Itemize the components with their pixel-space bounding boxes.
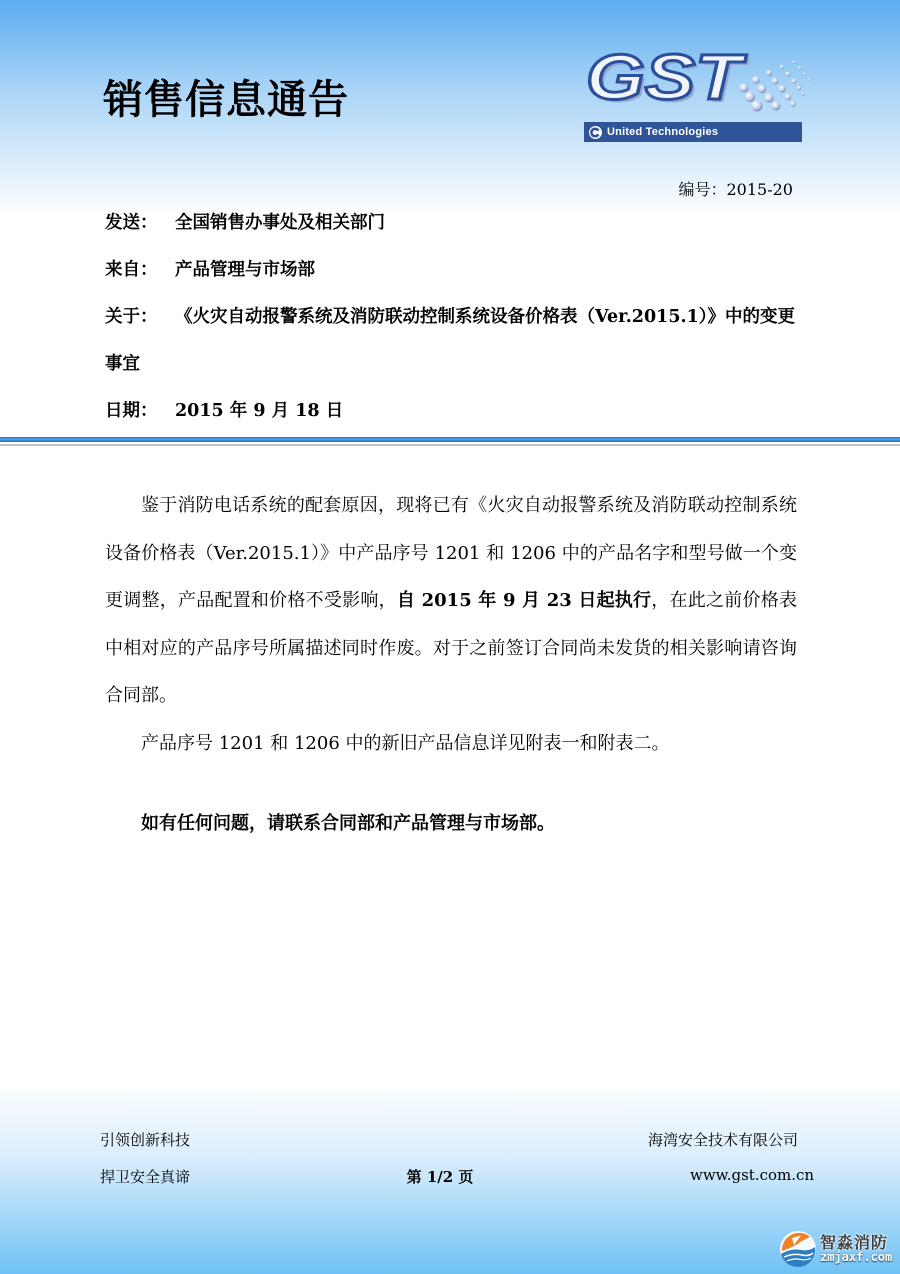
paragraph-contact: 如有任何问题，请联系合同部和产品管理与市场部。 bbox=[105, 800, 797, 848]
field-about-value-cont: 事宜 bbox=[105, 354, 140, 374]
gst-brand-text: GST bbox=[586, 40, 741, 114]
watermark-site: zmjaxf.com bbox=[820, 1251, 892, 1264]
paragraph-attachment-reference: 产品序号 1201 和 1206 中的新旧产品信息详见附表一和附表二。 bbox=[105, 720, 797, 768]
watermark-name: 智淼消防 bbox=[820, 1234, 892, 1252]
watermark-logo-icon bbox=[779, 1230, 817, 1268]
gst-logo-bar: United Technologies bbox=[584, 122, 802, 142]
field-from-label: 来自： bbox=[105, 247, 175, 294]
field-send: 发送：全国销售办事处及相关部门 bbox=[105, 200, 815, 247]
gst-dots-icon bbox=[736, 58, 812, 120]
meta-fields: 发送：全国销售办事处及相关部门 来自：产品管理与市场部 关于：《火灾自动报警系统… bbox=[105, 200, 815, 435]
paragraph-change-notice: 鉴于消防电话系统的配套原因，现将已有《火灾自动报警系统及消防联动控制系统设备价格… bbox=[105, 482, 797, 720]
section-divider bbox=[0, 437, 900, 446]
divider-blue-line bbox=[0, 437, 900, 442]
united-technologies-icon bbox=[589, 126, 602, 139]
field-about-label: 关于： bbox=[105, 294, 175, 341]
document-body: 鉴于消防电话系统的配套原因，现将已有《火灾自动报警系统及消防联动控制系统设备价格… bbox=[105, 482, 797, 848]
field-date-label: 日期： bbox=[105, 388, 175, 435]
field-about-continued: 事宜 bbox=[105, 341, 815, 388]
field-from-value: 产品管理与市场部 bbox=[175, 260, 315, 280]
watermark-texts: 智淼消防 zmjaxf.com bbox=[820, 1234, 892, 1265]
field-from: 来自：产品管理与市场部 bbox=[105, 247, 815, 294]
paragraph-1-effective-date: 自 2015 年 9 月 23 日起执行 bbox=[397, 590, 651, 611]
field-date: 日期：2015 年 9 月 18 日 bbox=[105, 388, 815, 435]
field-send-value: 全国销售办事处及相关部门 bbox=[175, 213, 385, 233]
field-about: 关于：《火灾自动报警系统及消防联动控制系统设备价格表（Ver.2015.1）》中… bbox=[105, 294, 815, 341]
gst-logo: GST United Technologies bbox=[584, 56, 806, 142]
doc-number: 编号：2015-20 bbox=[679, 177, 794, 200]
footer-slogan-line1: 引领创新科技 bbox=[100, 1129, 190, 1150]
gst-logo-subtitle: United Technologies bbox=[607, 126, 718, 138]
field-about-value: 《火灾自动报警系统及消防联动控制系统设备价格表（Ver.2015.1）》中的变更 bbox=[175, 307, 795, 327]
page-title: 销售信息通告 bbox=[103, 68, 349, 125]
footer-company-name: 海湾安全技术有限公司 bbox=[648, 1129, 798, 1150]
watermark: 智淼消防 zmjaxf.com bbox=[779, 1230, 892, 1268]
document-page: 销售信息通告 GST United Technologies bbox=[0, 0, 900, 1274]
divider-gray-line bbox=[0, 444, 900, 446]
footer-website: www.gst.com.cn bbox=[690, 1166, 814, 1184]
field-date-value: 2015 年 9 月 18 日 bbox=[175, 401, 343, 421]
field-send-label: 发送： bbox=[105, 200, 175, 247]
